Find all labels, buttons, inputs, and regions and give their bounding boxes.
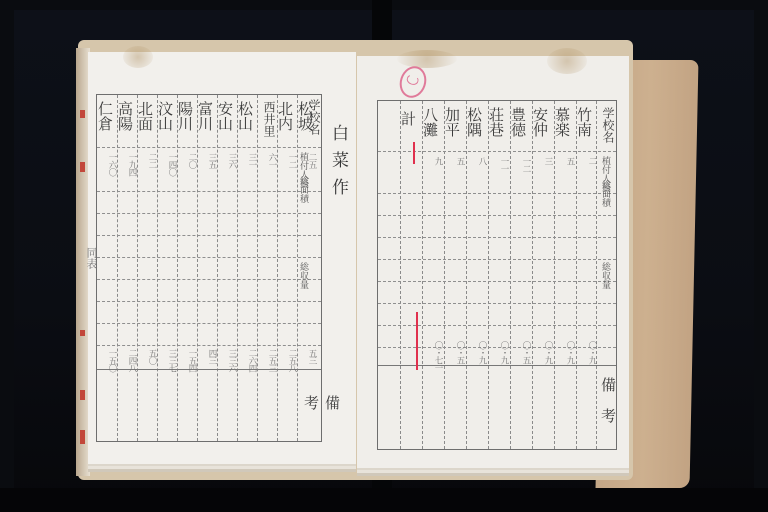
cell: 一五〇 [99,349,116,372]
sub-header-4: 総収量 [600,262,610,289]
school-header: 松隅 [468,107,485,137]
cell: 三三七 [159,349,176,372]
cell: 五〇 [139,349,156,364]
sub-header-5: 総収量 [298,262,308,289]
left-table: 仁倉 高陽 北面 汶山 陽川 富川 安山 松山 西井里 北内 松坡 学校名 一六… [96,94,322,442]
red-pencil-mark [413,142,415,164]
cell: 三六 [219,153,236,168]
cell: 二二 [139,153,156,168]
bottom-shadow [0,488,768,512]
cell: 〇・七一 [425,341,442,371]
column-label-school-name: 学校名 [303,99,321,135]
school-header: 加平 [446,107,463,137]
school-header: 荘巷 [490,107,507,137]
cell: 二四八 [119,349,136,372]
cell: 二五八 [279,349,296,372]
cell: 三一 [239,153,256,168]
red-pencil-mark [416,312,418,370]
cell: 一二 [513,157,530,172]
school-header: 松山 [239,101,256,131]
cell: 三 [535,157,552,165]
cell: 八 [469,157,486,165]
cell: 〇・九 [557,341,574,364]
cell: 〇・五 [513,341,530,364]
school-header: 竹南 [578,107,595,137]
margin-note: 同表 [86,247,96,269]
cell: 五三 [299,349,316,364]
cell: 〇・九 [491,341,508,364]
total-header: 計 [402,111,419,126]
cell: 二五三 [259,349,276,372]
cell: 一九四 [119,153,136,176]
cell: 一一 [491,157,508,172]
cell: 四三 [199,349,216,364]
remarks-label: 備考 [598,377,619,439]
cell: 二 [579,157,596,165]
cell: 五 [557,157,574,165]
cell: 九 [425,157,442,165]
cell: 一五四 [179,349,196,372]
cell: 一四〇 [159,153,176,176]
cell: 〇・九 [469,341,486,364]
sub-header-2: 総面積 [298,176,308,203]
cell: 〇・九 [535,341,552,364]
left-page: 白菜作 仁倉 高陽 北面 汶山 陽川 富川 安山 松山 西井里 北内 松 [88,52,356,464]
page-title: 白菜作 [326,124,351,205]
cell: 三五 [199,153,216,168]
right-page: 計 八灘 加平 松隅 荘巷 豊徳 安仲 慕楽 竹南 学校名 九 五 八 一一 一… [357,56,629,468]
cell: 〇・五 [447,341,464,364]
cell: 一六〇 [99,153,116,176]
cell: 三三六 [219,349,236,372]
school-header: 安仲 [534,107,551,137]
cell: 五 [447,157,464,165]
school-header: 慕楽 [556,107,573,137]
cell: 六一 [259,153,276,168]
school-header: 八灘 [424,107,441,137]
cell: 二〇 [179,153,196,168]
remarks-label: 備考 [301,395,343,441]
school-header: 豊徳 [512,107,529,137]
cell: 〇・九 [579,341,596,364]
column-label-school-name: 学校名 [598,107,615,143]
sub-header-2: 総面積 [600,180,610,207]
cell: 一二 [279,153,296,168]
cell: 二六四 [239,349,256,372]
